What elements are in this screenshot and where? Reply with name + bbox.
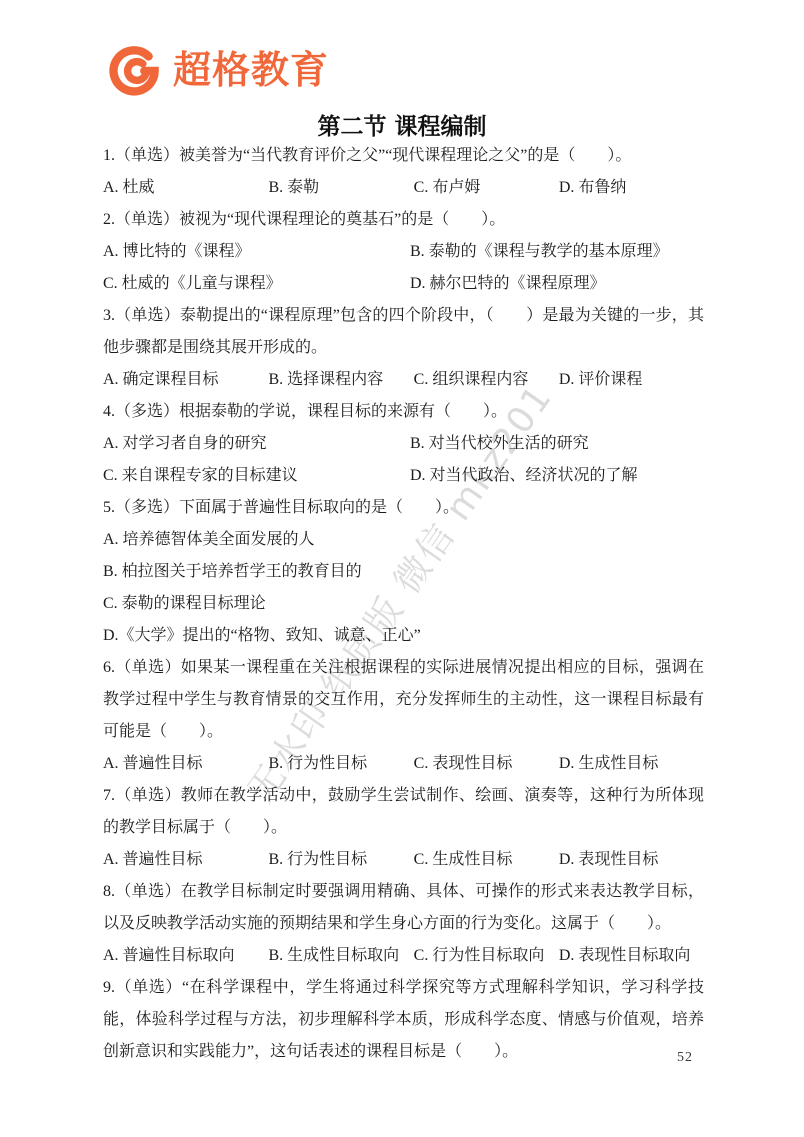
option-item: A. 对学习者自身的研究 [103, 428, 410, 460]
option-item: C. 泰勒的课程目标理论 [103, 588, 704, 620]
option-item: A. 杜威 [103, 172, 268, 204]
question-text: 2.（单选）被视为“现代课程理论的奠基石”的是（ ）。 [103, 204, 704, 236]
question-item: 6.（单选）如果某一课程重在关注根据课程的实际进展情况提出相应的目标，强调在教学… [103, 652, 704, 780]
option-item: A. 博比特的《课程》 [103, 236, 410, 268]
question-text: 8.（单选）在教学目标制定时要强调用精确、具体、可操作的形式来表达教学目标，以及… [103, 876, 704, 940]
option-row: A. 普遍性目标取向 B. 生成性目标取向 C. 行为性目标取向 D. 表现性目… [103, 940, 704, 972]
option-item: C. 行为性目标取向 [414, 940, 559, 972]
question-text: 5.（多选）下面属于普遍性目标取向的是（ ）。 [103, 492, 704, 524]
logo-g-spiral-icon [106, 42, 164, 98]
option-row: A. 确定课程目标 B. 选择课程内容 C. 组织课程内容 D. 评价课程 [103, 364, 704, 396]
option-item: B. 泰勒 [268, 172, 413, 204]
question-item: 5.（多选）下面属于普遍性目标取向的是（ ）。 A. 培养德智体美全面发展的人 … [103, 492, 704, 652]
brand-logo-text: 超格教育 [173, 51, 329, 89]
question-text: 6.（单选）如果某一课程重在关注根据课程的实际进展情况提出相应的目标，强调在教学… [103, 652, 704, 748]
option-item: A. 培养德智体美全面发展的人 [103, 524, 704, 556]
option-item: C. 组织课程内容 [414, 364, 559, 396]
question-item: 8.（单选）在教学目标制定时要强调用精确、具体、可操作的形式来表达教学目标，以及… [103, 876, 704, 972]
question-text: 3.（单选）泰勒提出的“课程原理”包含的四个阶段中，（ ）是最为关键的一步，其他… [103, 300, 704, 364]
option-item: D. 生成性目标 [559, 748, 704, 780]
question-list: 1.（单选）被美誉为“当代教育评价之父”“现代课程理论之父”的是（ ）。 A. … [103, 140, 704, 1068]
option-item: A. 确定课程目标 [103, 364, 268, 396]
option-item: C. 杜威的《儿童与课程》 [103, 268, 410, 300]
option-grid: A. 对学习者自身的研究 B. 对当代校外生活的研究 C. 来自课程专家的目标建… [103, 428, 704, 492]
option-row: A. 杜威 B. 泰勒 C. 布卢姆 D. 布鲁纳 [103, 172, 704, 204]
option-item: A. 普遍性目标 [103, 748, 268, 780]
question-text: 7.（单选）教师在教学活动中，鼓励学生尝试制作、绘画、演奏等，这种行为所体现的教… [103, 780, 704, 844]
question-item: 1.（单选）被美誉为“当代教育评价之父”“现代课程理论之父”的是（ ）。 A. … [103, 140, 704, 204]
section-title: 第二节 课程编制 [0, 108, 804, 141]
option-item: C. 布卢姆 [414, 172, 559, 204]
option-row: A. 普遍性目标 B. 行为性目标 C. 表现性目标 D. 生成性目标 [103, 748, 704, 780]
option-row: A. 普遍性目标 B. 行为性目标 C. 生成性目标 D. 表现性目标 [103, 844, 704, 876]
option-item: B. 选择课程内容 [268, 364, 413, 396]
question-text: 4.（多选）根据泰勒的学说，课程目标的来源有（ ）。 [103, 396, 704, 428]
option-item: D. 对当代政治、经济状况的了解 [410, 460, 704, 492]
option-item: D. 表现性目标取向 [559, 940, 704, 972]
option-item: A. 普遍性目标取向 [103, 940, 268, 972]
question-item: 7.（单选）教师在教学活动中，鼓励学生尝试制作、绘画、演奏等，这种行为所体现的教… [103, 780, 704, 876]
option-item: B. 对当代校外生活的研究 [410, 428, 704, 460]
question-item: 4.（多选）根据泰勒的学说，课程目标的来源有（ ）。 A. 对学习者自身的研究 … [103, 396, 704, 492]
option-item: D. 评价课程 [559, 364, 704, 396]
question-text: 9.（单选）“在科学课程中，学生将通过科学探究等方式理解科学知识，学习科学技能，… [103, 972, 704, 1068]
option-item: C. 来自课程专家的目标建议 [103, 460, 410, 492]
option-item: B. 生成性目标取向 [268, 940, 413, 972]
question-item: 3.（单选）泰勒提出的“课程原理”包含的四个阶段中，（ ）是最为关键的一步，其他… [103, 300, 704, 396]
option-item: B. 行为性目标 [268, 844, 413, 876]
question-item: 9.（单选）“在科学课程中，学生将通过科学探究等方式理解科学知识，学习科学技能，… [103, 972, 704, 1068]
option-item: C. 生成性目标 [414, 844, 559, 876]
page-number: 52 [677, 1050, 693, 1066]
option-item: C. 表现性目标 [414, 748, 559, 780]
option-item: D. 布鲁纳 [559, 172, 704, 204]
option-list: A. 培养德智体美全面发展的人 B. 柏拉图关于培养哲学王的教育目的 C. 泰勒… [103, 524, 704, 652]
option-item: D.《大学》提出的“格物、致知、诚意、正心” [103, 620, 704, 652]
option-item: A. 普遍性目标 [103, 844, 268, 876]
option-item: B. 柏拉图关于培养哲学王的教育目的 [103, 556, 704, 588]
option-item: B. 泰勒的《课程与教学的基本原理》 [410, 236, 704, 268]
question-text: 1.（单选）被美誉为“当代教育评价之父”“现代课程理论之父”的是（ ）。 [103, 140, 704, 172]
option-item: B. 行为性目标 [268, 748, 413, 780]
question-item: 2.（单选）被视为“现代课程理论的奠基石”的是（ ）。 A. 博比特的《课程》 … [103, 204, 704, 300]
option-item: D. 表现性目标 [559, 844, 704, 876]
brand-logo: 超格教育 [106, 42, 329, 98]
option-item: D. 赫尔巴特的《课程原理》 [410, 268, 704, 300]
document-page: 无水印 纸质版 微信 mkz201 超格教育 第二节 课程编制 1.（单选）被美… [0, 0, 804, 1137]
option-grid: A. 博比特的《课程》 B. 泰勒的《课程与教学的基本原理》 C. 杜威的《儿童… [103, 236, 704, 300]
